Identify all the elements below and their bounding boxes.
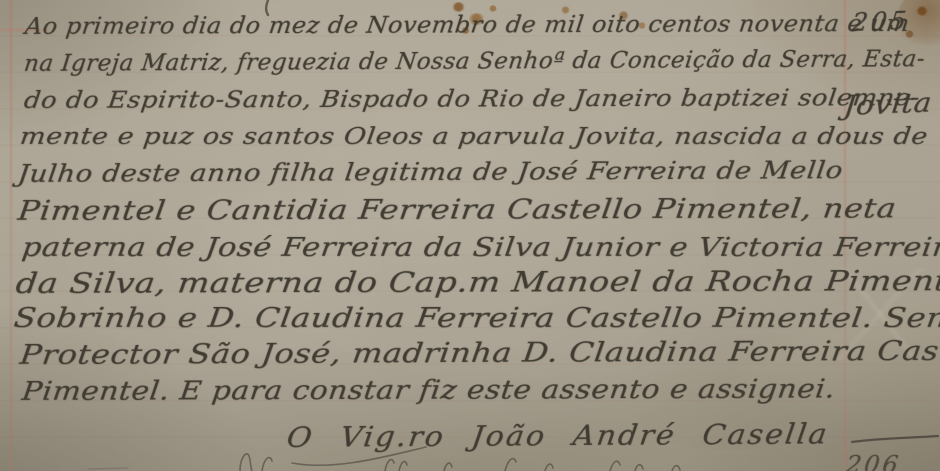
next-record-number: 206 [844, 453, 902, 471]
manuscript-page: 205 Jovita Ao primeiro dia do mez de Nov… [0, 0, 940, 471]
manuscript-line: Julho deste anno filha legitima de José … [17, 158, 845, 186]
foxing-stain [489, 5, 497, 12]
manuscript-line: Pimentel. E para constar fiz este assent… [20, 377, 836, 405]
manuscript-line: Protector São José, madrinha D. Claudina… [18, 338, 940, 369]
manuscript-line: mente e puz os santos Oleos a parvula Jo… [19, 126, 930, 149]
corner-stain-spot [916, 6, 928, 16]
manuscript-line: do do Espirito-Santo, Bispado do Rio de … [23, 87, 922, 113]
manuscript-line: paterna de José Ferreira da Silva Junior… [20, 235, 940, 261]
manuscript-line: Ao primeiro dia do mez de Novembro de mi… [24, 13, 911, 39]
manuscript-line: na Igreja Matriz, freguezia de Nossa Sen… [23, 48, 927, 76]
left-margin-rule [10, 0, 12, 471]
manuscript-line: Sobrinho e D. Claudina Ferreira Castello… [12, 305, 940, 332]
vicar-signature: O Vig.ro João André Casella [285, 420, 830, 452]
manuscript-line: Pimentel e Cantidia Ferreira Castello Pi… [16, 195, 898, 225]
manuscript-line: da Silva, materna do Cap.m Manoel da Roc… [14, 267, 940, 298]
foxing-stain [452, 2, 465, 12]
